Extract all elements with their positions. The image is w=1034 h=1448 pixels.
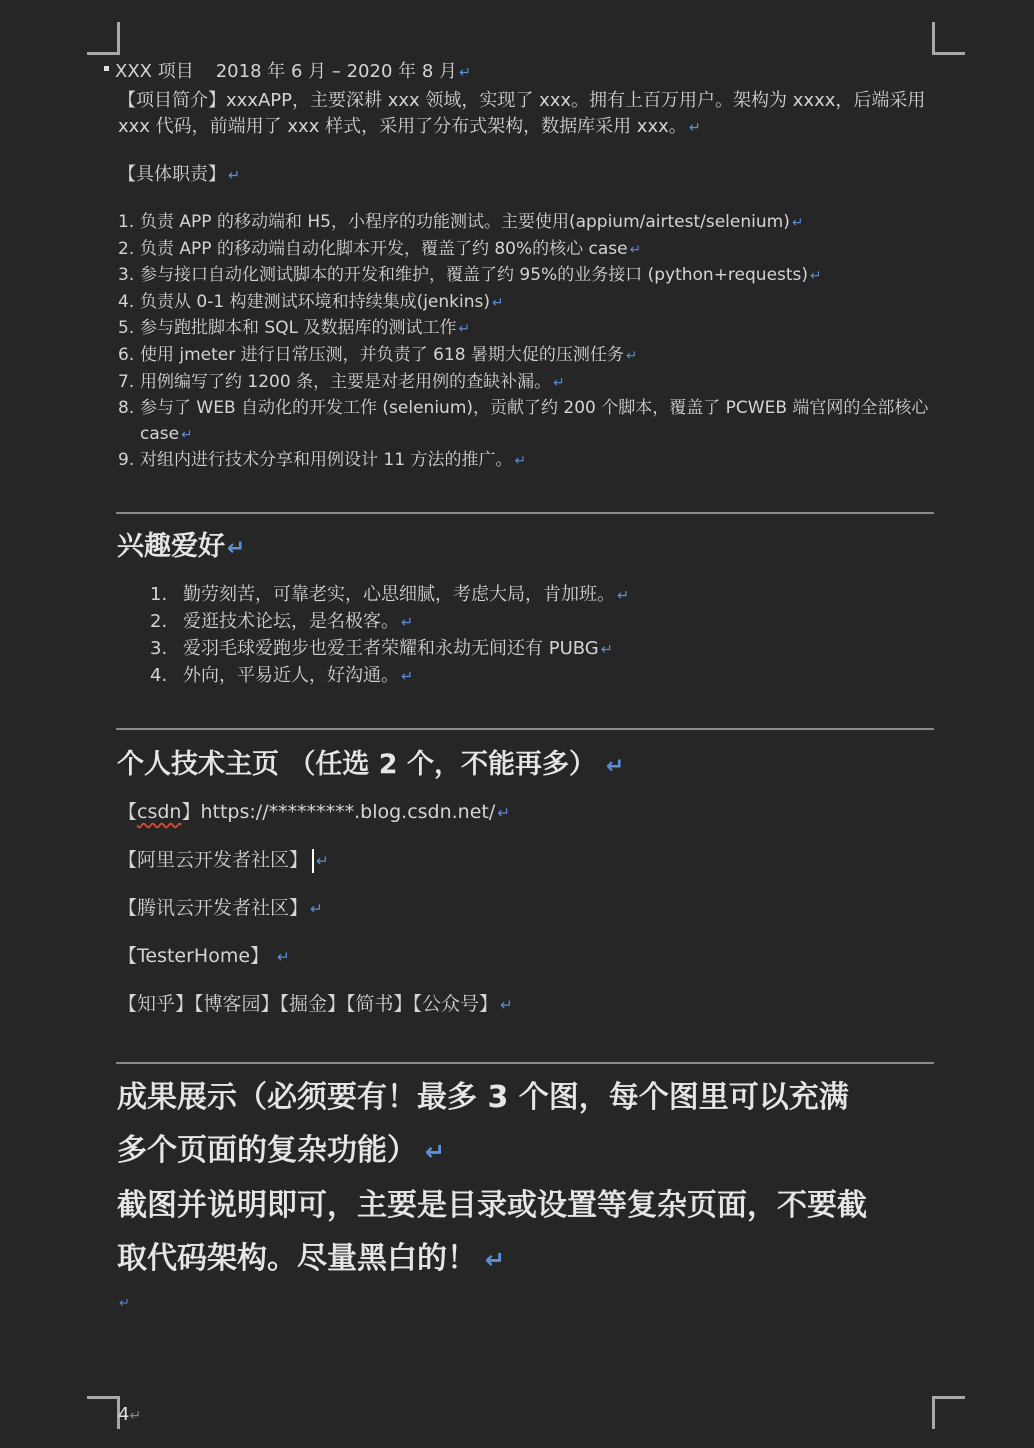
list-number: 3. bbox=[150, 636, 183, 662]
paragraph-mark-icon: ↵ bbox=[617, 588, 629, 604]
list-number: 1. bbox=[150, 582, 183, 608]
duties-heading-text: 【具体职责】 bbox=[118, 164, 226, 185]
duty-item[interactable]: 4.负责从 0-1 构建测试环境和持续集成(jenkins)↵ bbox=[118, 290, 930, 317]
testerhome-label: 【TesterHome】 bbox=[118, 945, 269, 967]
page-number: 4↵ bbox=[118, 1404, 141, 1425]
paragraph-mark-icon: ↵ bbox=[458, 321, 469, 337]
list-number: 3. bbox=[118, 263, 140, 289]
paragraph-mark-icon: ↵ bbox=[228, 168, 240, 184]
csdn-url[interactable]: https://*********.blog.csdn.net/ bbox=[200, 801, 495, 823]
duty-text: 负责从 0-1 构建测试环境和持续集成(jenkins) bbox=[140, 292, 490, 312]
hobby-item[interactable]: 1.勤劳刻苦，可靠老实，心思细腻，考虑大局，肯加班。↵ bbox=[150, 582, 629, 609]
list-number: 6. bbox=[118, 343, 140, 369]
paragraph-mark-icon: ↵ bbox=[553, 375, 564, 391]
duty-item[interactable]: 2.负责 APP 的移动端自动化脚本开发，覆盖了约 80%的核心 case↵ bbox=[118, 237, 930, 264]
list-number: 2. bbox=[118, 237, 140, 263]
project-name: XXX 项目 bbox=[115, 61, 194, 82]
project-intro[interactable]: 【项目简介】xxxAPP，主要深耕 xxx 领域，实现了 xxx。拥有上百万用户… bbox=[118, 88, 934, 141]
paragraph-mark-icon: ↵ bbox=[425, 1138, 445, 1166]
paragraph-mark-icon: ↵ bbox=[626, 348, 637, 364]
duty-text: 对组内进行技术分享和用例设计 11 方法的推广。 bbox=[140, 450, 512, 470]
paragraph-mark-icon: ↵ bbox=[630, 242, 641, 258]
tencent-line[interactable]: 【腾讯云开发者社区】↵ bbox=[118, 894, 323, 923]
list-number: 4. bbox=[118, 290, 140, 316]
list-number: 9. bbox=[118, 448, 140, 474]
paragraph-mark-icon: ↵ bbox=[810, 268, 821, 284]
other-platforms-label: 【知乎】【博客园】【掘金】【简书】【公众号】 bbox=[118, 993, 498, 1015]
list-number: 4. bbox=[150, 663, 183, 689]
paragraph-mark-icon: ↵ bbox=[689, 120, 701, 136]
duties-list: 1.负责 APP 的移动端和 H5，小程序的功能测试。主要使用(appium/a… bbox=[118, 210, 930, 475]
other-platforms-line[interactable]: 【知乎】【博客园】【掘金】【简书】【公众号】↵ bbox=[118, 990, 513, 1019]
paragraph-mark-icon: ↵ bbox=[129, 1408, 141, 1424]
paragraph-mark-icon: ↵ bbox=[514, 453, 525, 469]
duty-text: 参与了 WEB 自动化的开发工作 (selenium)，贡献了约 200 个脚本… bbox=[140, 398, 928, 444]
project-period: 2018 年 6 月 – 2020 年 8 月 bbox=[216, 61, 457, 82]
hobby-item[interactable]: 3.爱羽毛球爱跑步也爱王者荣耀和永劫无间还有 PUBG↵ bbox=[150, 636, 629, 663]
duty-item[interactable]: 6.使用 jmeter 进行日常压测，并负责了 618 暑期大促的压测任务↵ bbox=[118, 343, 930, 370]
duties-heading[interactable]: 【具体职责】↵ bbox=[118, 162, 240, 189]
duty-item[interactable]: 3.参与接口自动化测试脚本的开发和维护，覆盖了约 95%的业务接口 (pytho… bbox=[118, 263, 930, 290]
project-header[interactable]: XXX 项目2018 年 6 月 – 2020 年 8 月↵ bbox=[104, 59, 471, 86]
hobbies-heading[interactable]: 兴趣爱好↵ bbox=[117, 529, 245, 567]
paragraph-mark-icon: ↵ bbox=[792, 215, 803, 231]
paragraph-mark-icon: ↵ bbox=[500, 996, 513, 1014]
hobby-text: 爱羽毛球爱跑步也爱王者荣耀和永劫无间还有 PUBG bbox=[183, 638, 599, 659]
paragraph-mark-icon: ↵ bbox=[606, 754, 624, 779]
paragraph-mark-icon: ↵ bbox=[181, 427, 192, 443]
duty-text: 参与跑批脚本和 SQL 及数据库的测试工作 bbox=[140, 318, 456, 338]
paragraph-mark-icon: ↵ bbox=[401, 669, 413, 685]
results-heading-line-1: 成果展示（必须要有！最多 3 个图，每个图里可以充满 bbox=[117, 1071, 867, 1124]
crop-mark-bottom-left bbox=[87, 1396, 120, 1429]
paragraph-mark-icon: ↵ bbox=[119, 1296, 130, 1311]
paragraph-mark-icon: ↵ bbox=[310, 900, 323, 918]
paragraph-mark-icon: ↵ bbox=[497, 804, 510, 822]
list-number: 8. bbox=[118, 396, 140, 422]
hobbies-heading-text: 兴趣爱好 bbox=[117, 531, 225, 562]
bullet-square-icon bbox=[104, 66, 109, 71]
duty-item[interactable]: 9.对组内进行技术分享和用例设计 11 方法的推广。↵ bbox=[118, 448, 930, 475]
section-divider bbox=[116, 1062, 934, 1064]
list-number: 1. bbox=[118, 210, 140, 236]
duty-text: 使用 jmeter 进行日常压测，并负责了 618 暑期大促的压测任务 bbox=[140, 345, 624, 365]
list-number: 2. bbox=[150, 609, 183, 635]
crop-mark-top-left bbox=[87, 22, 120, 55]
hobby-text: 外向，平易近人，好沟通。 bbox=[183, 665, 399, 686]
aliyun-label: 【阿里云开发者社区】 bbox=[118, 849, 308, 871]
paragraph-mark-icon: ↵ bbox=[277, 948, 290, 966]
page-number-text: 4 bbox=[118, 1404, 129, 1425]
duty-item[interactable]: 5.参与跑批脚本和 SQL 及数据库的测试工作↵ bbox=[118, 316, 930, 343]
duty-text: 负责 APP 的移动端和 H5，小程序的功能测试。主要使用(appium/air… bbox=[140, 212, 790, 232]
tencent-label: 【腾讯云开发者社区】 bbox=[118, 897, 308, 919]
duty-item[interactable]: 1.负责 APP 的移动端和 H5，小程序的功能测试。主要使用(appium/a… bbox=[118, 210, 930, 237]
results-heading[interactable]: 成果展示（必须要有！最多 3 个图，每个图里可以充满 多个页面的复杂功能）↵ 截… bbox=[117, 1071, 867, 1287]
results-note-line-1: 截图并说明即可，主要是目录或设置等复杂页面，不要截 bbox=[117, 1179, 867, 1232]
paragraph-mark-icon: ↵ bbox=[316, 852, 329, 870]
paragraph-mark-icon: ↵ bbox=[485, 1246, 505, 1274]
tech-pages-heading[interactable]: 个人技术主页 （任选 2 个，不能再多）↵ bbox=[117, 747, 624, 785]
results-note-line-2: 取代码架构。尽量黑白的！ bbox=[117, 1241, 477, 1276]
paragraph-mark-icon: ↵ bbox=[601, 642, 613, 658]
bracket-open: 【 bbox=[118, 801, 137, 823]
csdn-line[interactable]: 【csdn】https://*********.blog.csdn.net/↵ bbox=[118, 798, 510, 827]
hobby-item[interactable]: 2.爱逛技术论坛，是名极客。↵ bbox=[150, 609, 629, 636]
duty-text: 参与接口自动化测试脚本的开发和维护，覆盖了约 95%的业务接口 (python+… bbox=[140, 265, 808, 285]
project-intro-text: 【项目简介】xxxAPP，主要深耕 xxx 领域，实现了 xxx。拥有上百万用户… bbox=[118, 90, 925, 137]
tech-pages-heading-text: 个人技术主页 （任选 2 个，不能再多） bbox=[117, 749, 596, 780]
list-number: 5. bbox=[118, 316, 140, 342]
aliyun-line[interactable]: 【阿里云开发者社区】↵ bbox=[118, 846, 329, 875]
paragraph-mark-icon: ↵ bbox=[492, 295, 503, 311]
hobby-item[interactable]: 4.外向，平易近人，好沟通。↵ bbox=[150, 663, 629, 690]
hobby-text: 爱逛技术论坛，是名极客。 bbox=[183, 611, 399, 632]
bracket-close: 】 bbox=[181, 801, 200, 823]
crop-mark-bottom-right bbox=[932, 1396, 965, 1429]
duty-text: 负责 APP 的移动端自动化脚本开发，覆盖了约 80%的核心 case bbox=[140, 239, 628, 259]
list-number: 7. bbox=[118, 370, 140, 396]
paragraph-mark-icon: ↵ bbox=[227, 536, 245, 561]
duty-text: 用例编写了约 1200 条，主要是对老用例的查缺补漏。 bbox=[140, 372, 551, 392]
paragraph-mark-icon: ↵ bbox=[459, 65, 471, 81]
duty-item[interactable]: 8.参与了 WEB 自动化的开发工作 (selenium)，贡献了约 200 个… bbox=[118, 396, 930, 448]
section-divider bbox=[116, 512, 934, 514]
section-divider bbox=[116, 728, 934, 730]
duty-item[interactable]: 7.用例编写了约 1200 条，主要是对老用例的查缺补漏。↵ bbox=[118, 370, 930, 397]
results-heading-line-2: 多个页面的复杂功能） bbox=[117, 1133, 417, 1168]
empty-paragraph[interactable]: ↵ bbox=[117, 1292, 130, 1311]
testerhome-line[interactable]: 【TesterHome】↵ bbox=[118, 942, 290, 971]
paragraph-mark-icon: ↵ bbox=[401, 615, 413, 631]
hobby-text: 勤劳刻苦，可靠老实，心思细腻，考虑大局，肯加班。 bbox=[183, 584, 615, 605]
text-cursor bbox=[312, 849, 314, 873]
crop-mark-top-right bbox=[932, 22, 965, 55]
hobbies-list: 1.勤劳刻苦，可靠老实，心思细腻，考虑大局，肯加班。↵ 2.爱逛技术论坛，是名极… bbox=[150, 582, 629, 690]
csdn-label: csdn bbox=[137, 801, 181, 823]
